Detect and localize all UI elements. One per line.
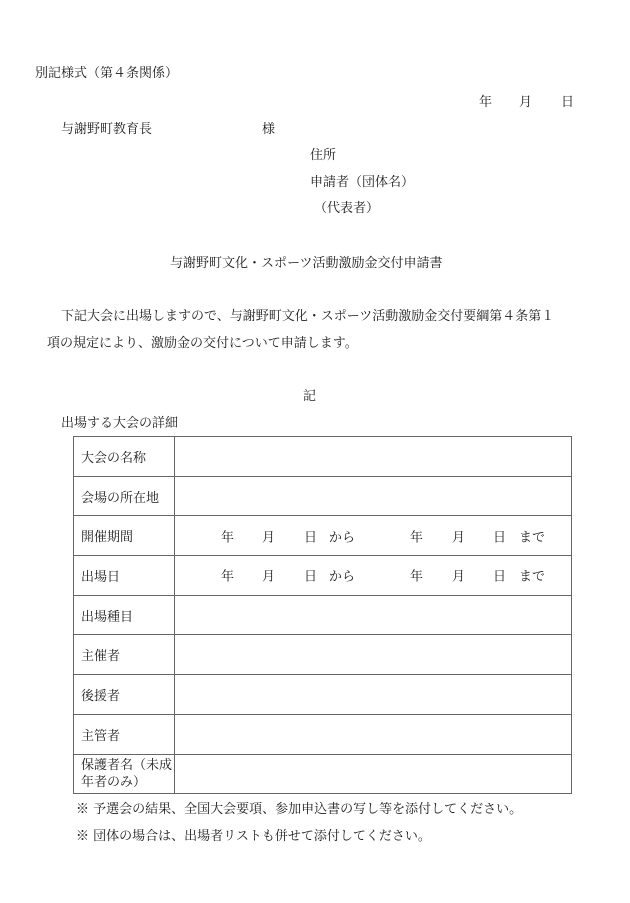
row-label: 主管者 [74, 714, 175, 754]
start-month-label: 月 [262, 526, 275, 545]
applicant-name-label: 申請者（団体名） [310, 175, 414, 191]
from-label: から [329, 566, 355, 585]
addressee: 与謝野町教育長 [61, 122, 152, 138]
body-line-1: 下記大会に出場しますので、与謝野町文化・スポーツ活動激励金交付要綱第４条第１ [61, 309, 554, 325]
row-label: 主催者 [74, 635, 175, 675]
venue-location-field[interactable] [175, 476, 572, 516]
guardian-name-field[interactable] [175, 754, 572, 794]
table-row: 大会の名称 [74, 437, 572, 477]
end-year-label: 年 [410, 526, 423, 545]
date-month-label: 月 [519, 95, 532, 111]
end-day-label: 日 [493, 566, 506, 585]
end-year-label: 年 [410, 566, 423, 585]
table-row: 開催期間 年 月 日 から 年 月 日 まで [74, 516, 572, 556]
ki-heading: 記 [303, 389, 316, 405]
guardian-label-line-1: 保護者名（未成 [81, 758, 172, 773]
start-day-label: 日 [304, 526, 317, 545]
table-row: 出場種目 [74, 595, 572, 635]
from-label: から [329, 526, 355, 545]
body-line-2: 項の規定により、激励金の交付について申請します。 [47, 336, 358, 352]
table-row: 保護者名（未成年者のみ） [74, 754, 572, 794]
participation-date-field[interactable]: 年 月 日 から 年 月 日 まで [175, 556, 572, 596]
honorific: 様 [262, 122, 275, 138]
supervisor-field[interactable] [175, 714, 572, 754]
guardian-label-line-2: 年者のみ） [81, 775, 146, 790]
end-month-label: 月 [452, 526, 465, 545]
applicant-address-label: 住所 [310, 148, 336, 164]
applicant-representative-label: （代表者） [314, 201, 379, 217]
event-category-field[interactable] [175, 595, 572, 635]
end-day-label: 日 [493, 526, 506, 545]
table-row: 会場の所在地 [74, 476, 572, 516]
table-row: 出場日 年 月 日 から 年 月 日 まで [74, 556, 572, 596]
end-month-label: 月 [452, 566, 465, 585]
row-label: 会場の所在地 [74, 476, 175, 516]
row-label: 開催期間 [74, 516, 175, 556]
row-label: 保護者名（未成年者のみ） [74, 754, 175, 794]
note-group-list: ※ 団体の場合は、出場者リストも併せて添付してください。 [76, 825, 431, 844]
date-day-label: 日 [561, 95, 574, 111]
event-period-field[interactable]: 年 月 日 から 年 月 日 まで [175, 516, 572, 556]
row-label: 大会の名称 [74, 437, 175, 477]
table-row: 主管者 [74, 714, 572, 754]
to-label: まで [519, 526, 545, 545]
tournament-name-field[interactable] [175, 437, 572, 477]
form-label: 別記様式（第４条関係） [35, 66, 178, 82]
start-day-label: 日 [304, 566, 317, 585]
start-month-label: 月 [262, 566, 275, 585]
organizer-field[interactable] [175, 635, 572, 675]
document-title: 与謝野町文化・スポーツ活動激励金交付申請書 [170, 256, 442, 272]
table-row: 主催者 [74, 635, 572, 675]
table-row: 後援者 [74, 675, 572, 715]
row-label: 出場種目 [74, 595, 175, 635]
start-year-label: 年 [221, 526, 234, 545]
date-year-label: 年 [479, 95, 492, 111]
row-label: 出場日 [74, 556, 175, 596]
sponsor-field[interactable] [175, 675, 572, 715]
section-heading: 出場する大会の詳細 [61, 416, 178, 432]
note-attachments: ※ 予選会の結果、全国大会要項、参加申込書の写し等を添付してください。 [76, 798, 522, 817]
row-label: 後援者 [74, 675, 175, 715]
to-label: まで [519, 566, 545, 585]
tournament-details-table: 大会の名称 会場の所在地 開催期間 年 月 日 から 年 月 日 まで 出場日 … [73, 436, 572, 794]
start-year-label: 年 [221, 566, 234, 585]
